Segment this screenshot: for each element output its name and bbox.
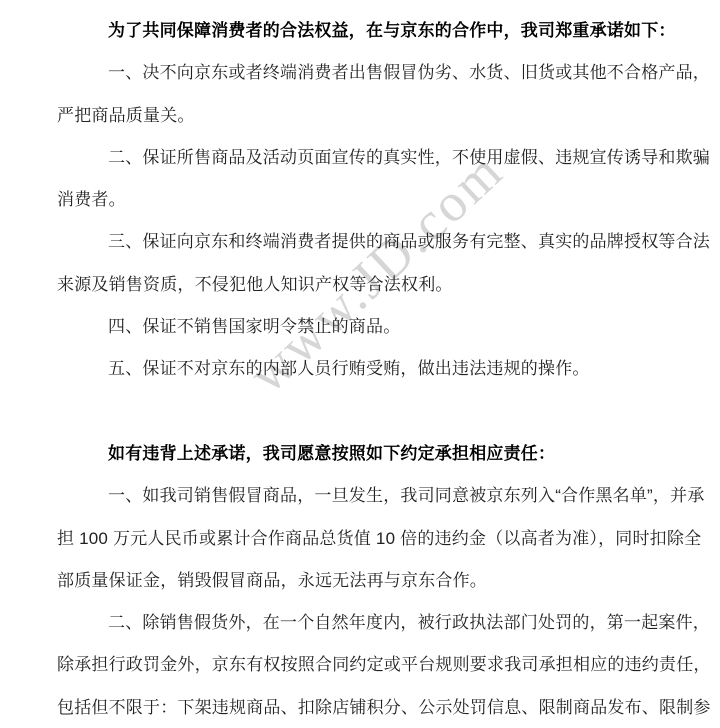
document-page: www.JD.com 为了共同保障消费者的合法权益，在与京东的合作中，我司郑重承… <box>0 0 720 728</box>
document-line: 部质量保证金，销毁假冒商品，永远无法再与京东合作。 <box>57 560 670 602</box>
document-line: 一、如我司销售假冒商品，一旦发生，我司同意被京东列入“合作黑名单”，并承 <box>57 475 670 517</box>
blank-line <box>57 391 670 433</box>
heading-liability: 如有违背上述承诺，我司愿意按照如下约定承担相应责任： <box>57 433 670 475</box>
document-line: 二、保证所售商品及活动页面宣传的真实性，不使用虚假、违规宣传诱导和欺骗 <box>57 137 670 179</box>
document-line: 消费者。 <box>57 179 670 221</box>
document-line: 二、除销售假货外，在一个自然年度内，被行政执法部门处罚的，第一起案件， <box>57 602 670 644</box>
document-body: 为了共同保障消费者的合法权益，在与京东的合作中，我司郑重承诺如下： 一、决不向京… <box>0 0 720 728</box>
document-line: 四、保证不销售国家明令禁止的商品。 <box>57 306 670 348</box>
document-line: 严把商品质量关。 <box>57 95 670 137</box>
document-line: 包括但不限于：下架违规商品、扣除店铺积分、公示处罚信息、限制商品发布、限制参 <box>57 687 670 728</box>
document-line: 来源及销售资质，不侵犯他人知识产权等合法权利。 <box>57 264 670 306</box>
document-line: 三、保证向京东和终端消费者提供的商品或服务有完整、真实的品牌授权等合法 <box>57 221 670 263</box>
document-line: 一、决不向京东或者终端消费者出售假冒伪劣、水货、旧货或其他不合格产品， <box>57 52 670 94</box>
document-line: 五、保证不对京东的内部人员行贿受贿，做出违法违规的操作。 <box>57 348 670 390</box>
document-line: 担 100 万元人民币或累计合作商品总货值 10 倍的违约金（以高者为准），同时… <box>57 518 670 560</box>
heading-commitment: 为了共同保障消费者的合法权益，在与京东的合作中，我司郑重承诺如下： <box>57 10 670 52</box>
document-line: 除承担行政罚金外，京东有权按照合同约定或平台规则要求我司承担相应的违约责任， <box>57 644 670 686</box>
